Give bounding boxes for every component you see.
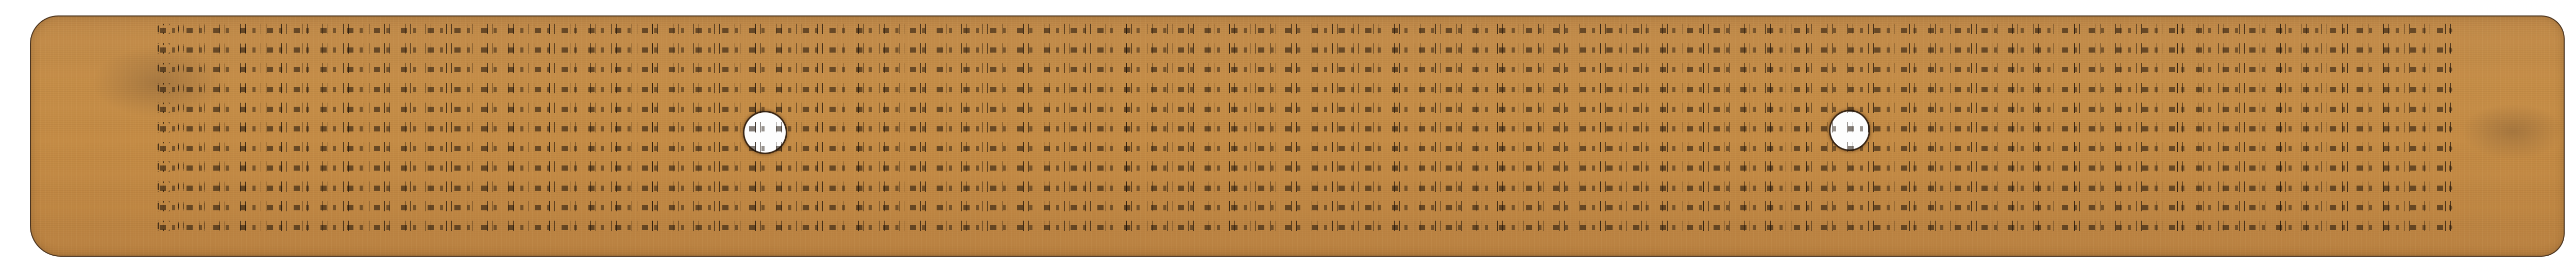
script-line: [handwritten Tamil script — line 7] — [155, 140, 2452, 154]
script-line: [handwritten Tamil script — line 4] — [155, 81, 2452, 95]
script-line: [handwritten Tamil script — line 1] — [155, 22, 2452, 36]
script-line: [handwritten Tamil script — line 10] — [155, 199, 2452, 213]
stain-right — [2462, 103, 2565, 160]
script-line: [handwritten Tamil script — line 11] — [155, 219, 2452, 233]
script-line: [handwritten Tamil script — line 8] — [155, 159, 2452, 174]
script-line: [handwritten Tamil script — line 5] — [155, 101, 2452, 115]
script-line: [handwritten Tamil script — line 6] — [155, 120, 2452, 135]
script-line: [handwritten Tamil script — line 2] — [155, 41, 2452, 56]
script-line: [handwritten Tamil script — line 9] — [155, 179, 2452, 194]
manuscript-text: [handwritten Tamil script — line 1] [han… — [155, 22, 2452, 233]
script-line: [handwritten Tamil script — line 3] — [155, 61, 2452, 75]
